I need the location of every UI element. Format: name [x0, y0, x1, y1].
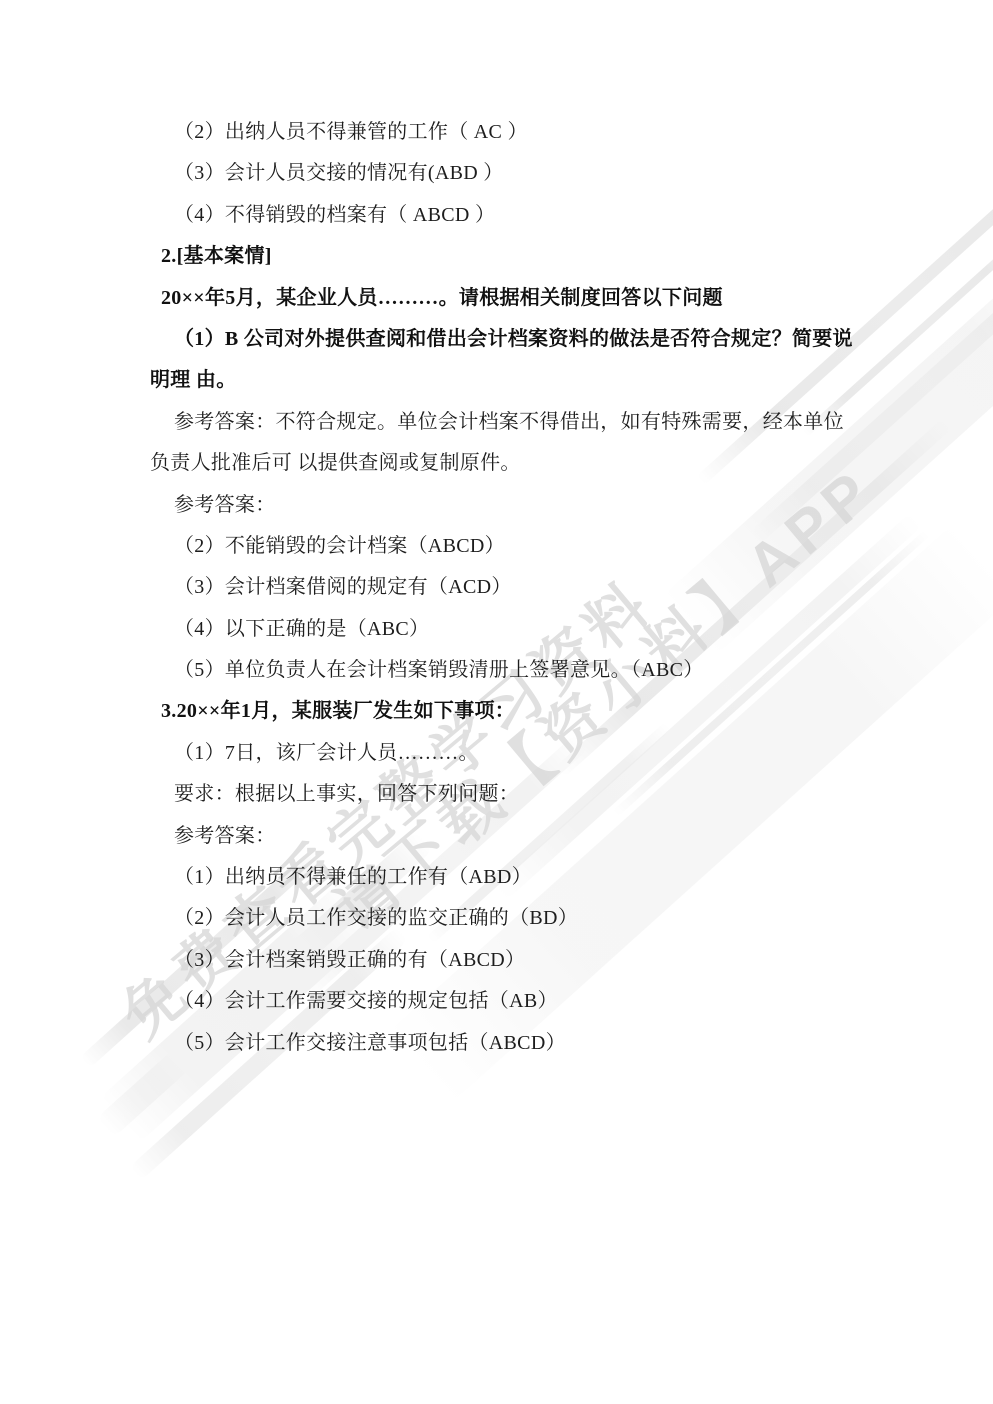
text-line: （4）不得销毁的档案有（ ABCD ） [150, 195, 993, 236]
text-line: 3.20××年1月，某服装厂发生如下事项： [150, 691, 993, 732]
text-line: 参考答案： [150, 485, 993, 526]
text-line: 负责人批准后可 以提供查阅或复制原件。 [150, 443, 993, 484]
text-line: （4）以下正确的是（ABC） [150, 609, 993, 650]
text-line: （3）会计人员交接的情况有(ABD ） [150, 153, 993, 194]
text-line: （3）会计档案销毁正确的有（ABCD） [150, 940, 993, 981]
text-line: （5）会计工作交接注意事项包括（ABCD） [150, 1023, 993, 1064]
text-line: 参考答案： [150, 816, 993, 857]
text-line: （5）单位负责人在会计档案销毁清册上签署意见。（ABC） [150, 650, 993, 691]
text-line: （3）会计档案借阅的规定有（ACD） [150, 567, 993, 608]
text-line: 参考答案：不符合规定。单位会计档案不得借出，如有特殊需要，经本单位 [150, 402, 993, 443]
text-line: （1）B 公司对外提供查阅和借出会计档案资料的做法是否符合规定？简要说 [150, 319, 993, 360]
text-line: 明理 由。 [150, 360, 993, 401]
text-line: 20××年5月，某企业人员………。请根据相关制度回答以下问题 [150, 278, 993, 319]
text-line: （4）会计工作需要交接的规定包括（AB） [150, 981, 993, 1022]
document-page: 免费查看完整学习资料 请下载【资小料】APP （2）出纳人员不得兼管的工作（ A… [0, 0, 993, 1404]
text-line: （2）会计人员工作交接的监交正确的（BD） [150, 898, 993, 939]
document-content: （2）出纳人员不得兼管的工作（ AC ）（3）会计人员交接的情况有(ABD ）（… [150, 112, 993, 1064]
text-line: （1）出纳员不得兼任的工作有（ABD） [150, 857, 993, 898]
text-line: 2.[基本案情] [150, 236, 993, 277]
text-line: 要求：根据以上事实，回答下列问题： [150, 774, 993, 815]
text-line: （2）出纳人员不得兼管的工作（ AC ） [150, 112, 993, 153]
text-line: （2）不能销毁的会计档案（ABCD） [150, 526, 993, 567]
text-line: （1）7日，该厂会计人员………。 [150, 733, 993, 774]
